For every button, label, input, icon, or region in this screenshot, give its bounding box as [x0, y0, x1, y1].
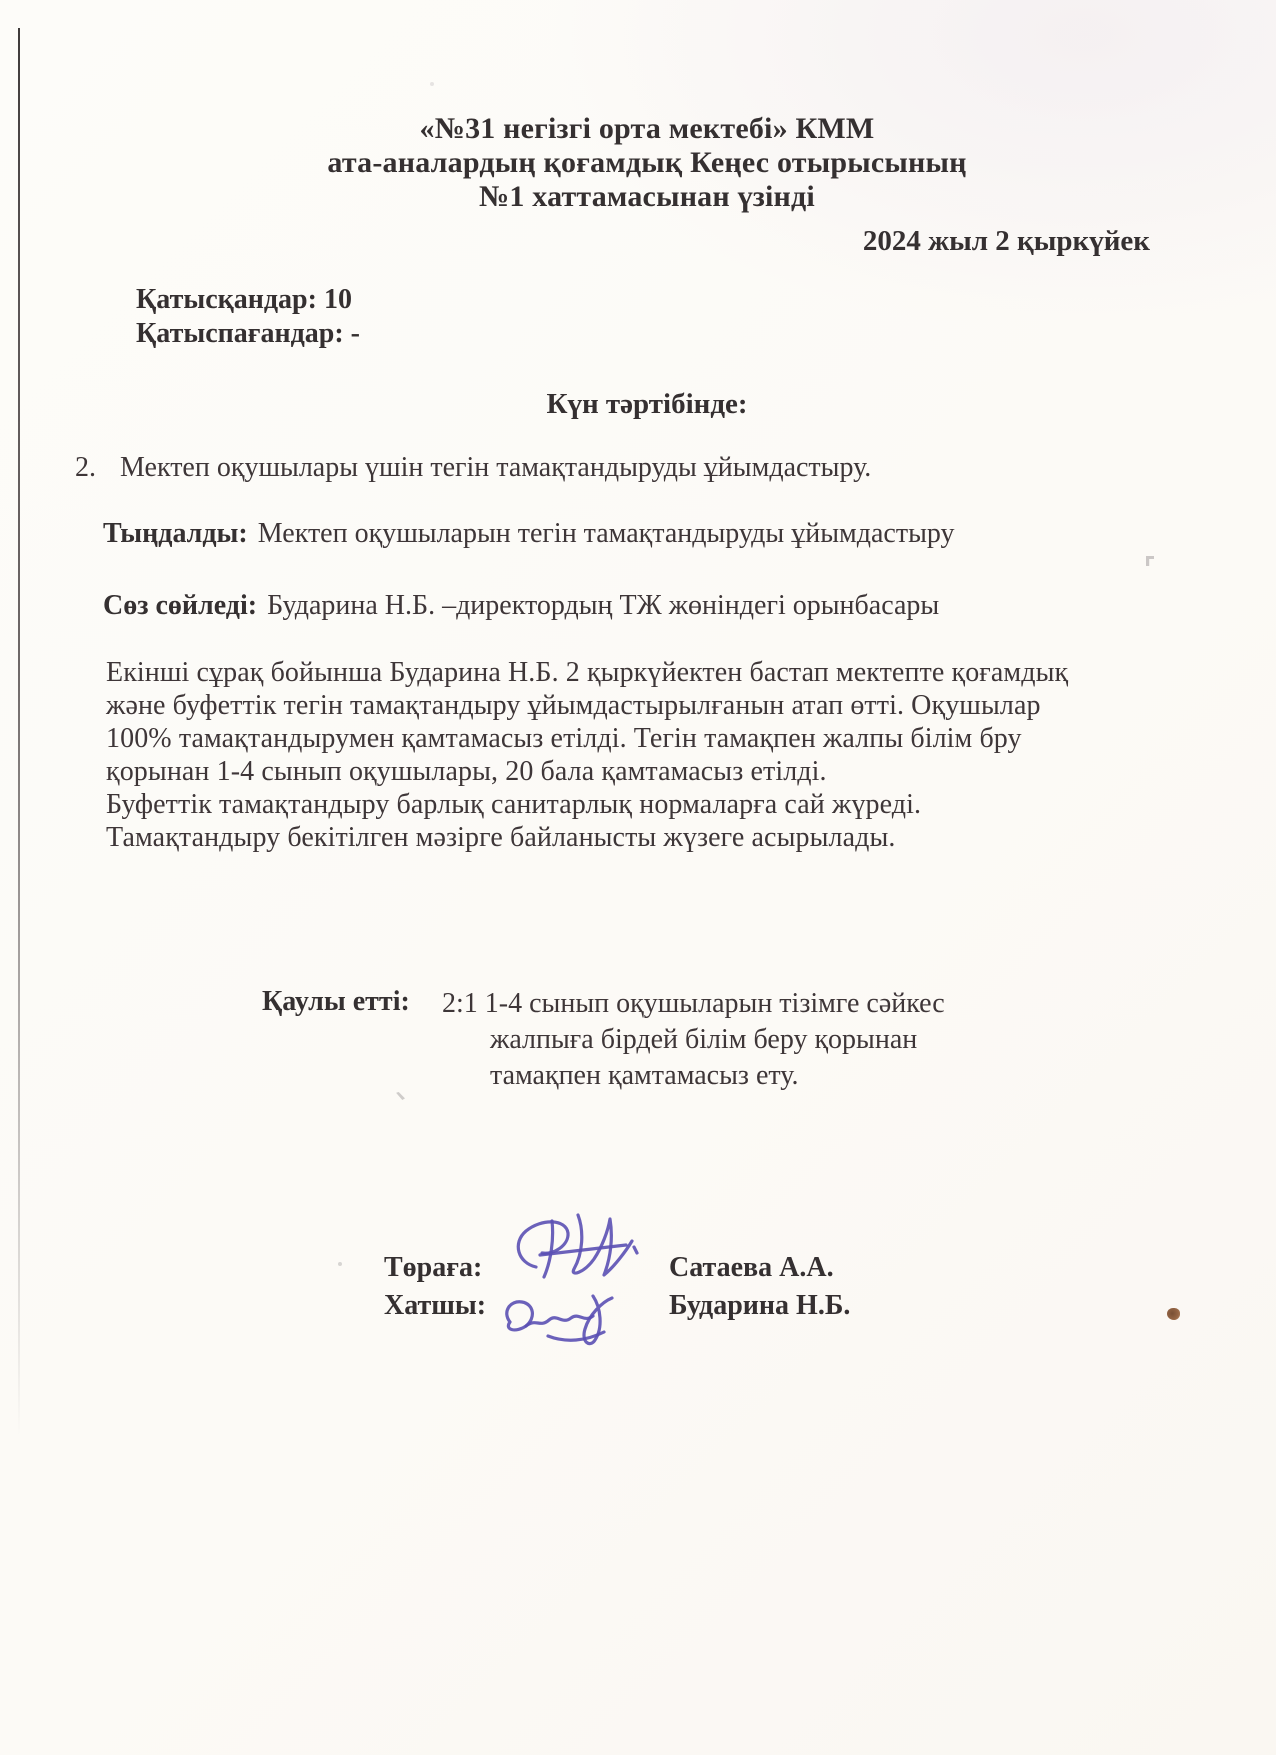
agenda-item-number: 2.	[75, 452, 96, 484]
ink-stain	[1167, 1308, 1180, 1320]
body-line: Екінші сұрақ бойынша Бударина Н.Б. 2 қыр…	[106, 656, 1068, 689]
agenda-heading: Күн тәртібінде:	[60, 388, 1234, 421]
decision-line: тамақпен қамтамасыз ету.	[442, 1058, 945, 1094]
chairman-role-label: Төраға:	[384, 1252, 482, 1284]
scan-artifact	[1146, 556, 1154, 566]
body-paragraph: Екінші сұрақ бойынша Бударина Н.Б. 2 қыр…	[106, 656, 1068, 854]
body-line: Буфеттік тамақтандыру барлық санитарлық …	[106, 788, 1068, 821]
heard-label: Тыңдалды:	[103, 518, 248, 549]
decision-line: жалпыға бірдей білім беру қорынан	[442, 1022, 945, 1058]
attendees-absent: Қатыспағандар: -	[136, 317, 360, 351]
scan-artifact	[338, 1262, 342, 1266]
title-line-2: ата-аналардың қоғамдық Кеңес отырысының	[60, 146, 1234, 180]
scan-artifact	[396, 1092, 405, 1100]
scan-artifact	[430, 82, 434, 86]
secretary-name: Бударина Н.Б.	[669, 1290, 850, 1322]
document-title: «№31 негізгі орта мектебі» КММ ата-анала…	[60, 112, 1234, 214]
attendance-block: Қатысқандар: 10 Қатыспағандар: -	[136, 283, 360, 351]
heard-text: Мектеп оқушыларын тегін тамақтандыруды ұ…	[258, 518, 955, 549]
title-line-1: «№31 негізгі орта мектебі» КММ	[60, 112, 1234, 146]
heard-line: Тыңдалды:Мектеп оқушыларын тегін тамақта…	[103, 518, 955, 550]
agenda-item-text: Мектеп оқушылары үшін тегін тамақтандыру…	[120, 452, 871, 484]
body-line: және буфеттік тегін тамақтандыру ұйымдас…	[106, 689, 1068, 722]
document-date: 2024 жыл 2 қыркүйек	[60, 225, 1150, 258]
title-line-3: №1 хаттамасынан үзінді	[60, 180, 1234, 214]
decision-lines: 2:1 1-4 сынып оқушыларын тізімге сәйкес …	[442, 986, 945, 1094]
spoke-text: Бударина Н.Б. –директордың ТЖ жөніндегі …	[267, 590, 939, 621]
scan-edge-line	[18, 28, 20, 1438]
agenda-item: 2. Мектеп оқушылары үшін тегін тамақтанд…	[75, 452, 871, 484]
body-line: қорынан 1-4 сынып оқушылары, 20 бала қам…	[106, 755, 1068, 788]
secretary-role-label: Хатшы:	[384, 1290, 486, 1322]
scanned-protocol-page: «№31 негізгі орта мектебі» КММ ата-анала…	[0, 0, 1276, 1755]
secretary-signature-ink	[488, 1288, 622, 1350]
body-line: Тамақтандыру бекітілген мәзірге байланыс…	[106, 821, 1068, 854]
decision-label: Қаулы етті:	[262, 986, 410, 1018]
chairman-signature-ink	[500, 1205, 640, 1293]
decision-line: 2:1 1-4 сынып оқушыларын тізімге сәйкес	[442, 986, 945, 1022]
spoke-line: Сөз сөйледі:Бударина Н.Б. –директордың Т…	[103, 590, 939, 622]
body-line: 100% тамақтандырумен қамтамасыз етілді. …	[106, 722, 1068, 755]
attendees-present: Қатысқандар: 10	[136, 283, 360, 317]
spoke-label: Сөз сөйледі:	[103, 590, 257, 621]
chairman-name: Сатаева А.А.	[669, 1252, 834, 1284]
